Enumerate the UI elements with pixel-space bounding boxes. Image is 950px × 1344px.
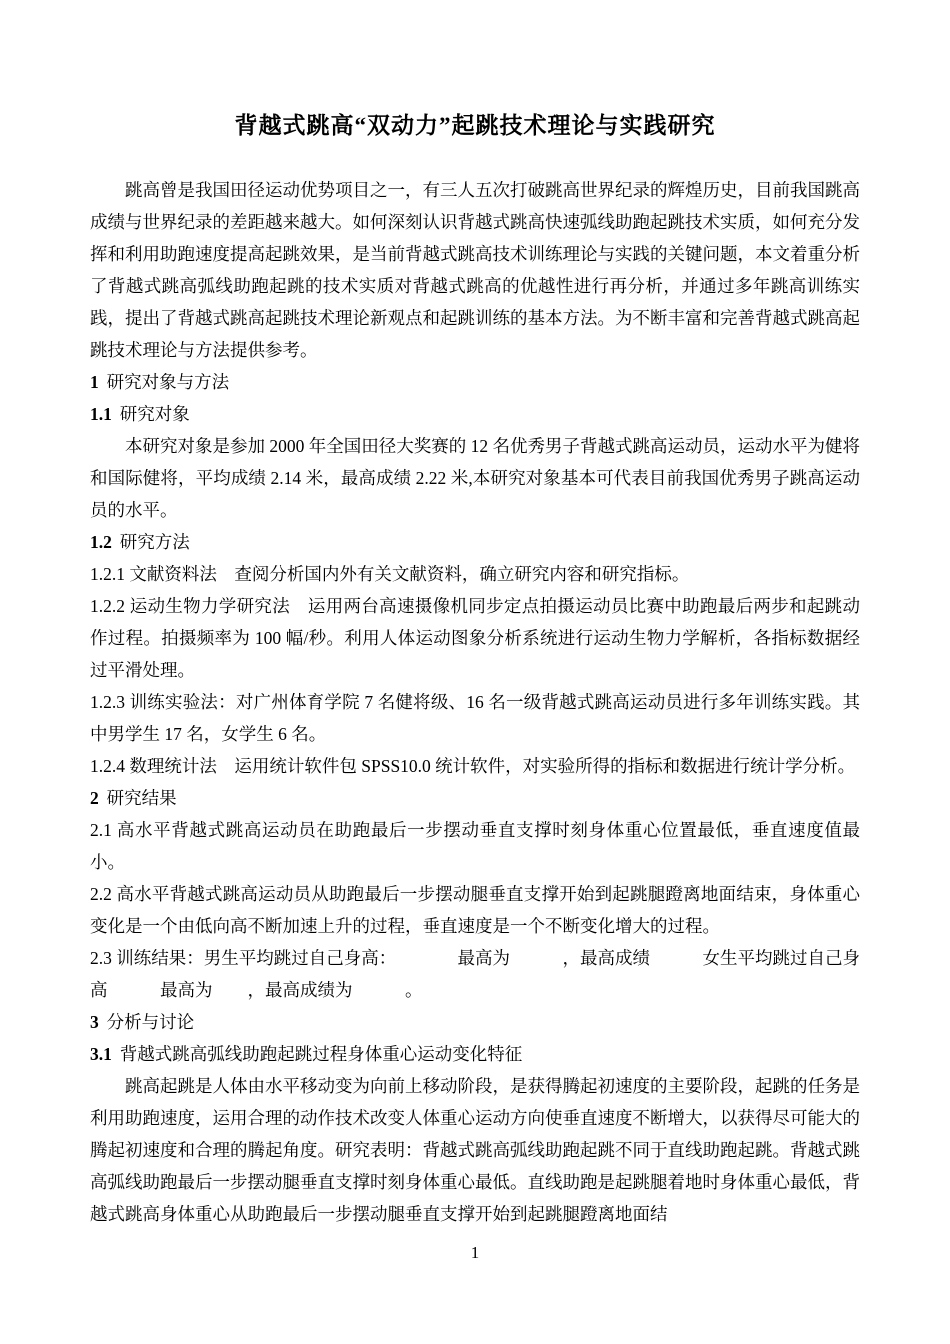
result-2-2-paragraph: 2.2 高水平背越式跳高运动员从助跑最后一步摆动腿垂直支撑开始到起跳腿蹬离地面结… <box>90 878 860 942</box>
intro-paragraph: 跳高曾是我国田径运动优势项目之一，有三人五次打破跳高世界纪录的辉煌历史，目前我国… <box>90 174 860 366</box>
section-2-title: 研究结果 <box>107 788 177 808</box>
section-2-heading: 2研究结果 <box>90 782 860 814</box>
method-1-2-1-paragraph: 1.2.1 文献资料法 查阅分析国内外有关文献资料，确立研究内容和研究指标。 <box>90 558 860 590</box>
document-page: 背越式跳高“双动力”起跳技术理论与实践研究 跳高曾是我国田径运动优势项目之一，有… <box>0 0 950 1344</box>
section-1-2-title: 研究方法 <box>120 532 190 552</box>
analysis-paragraph: 跳高起跳是人体由水平移动变为向前上移动阶段，是获得腾起初速度的主要阶段，起跳的任… <box>90 1070 860 1230</box>
section-1-1-heading: 1.1研究对象 <box>90 398 860 430</box>
section-1-number: 1 <box>90 372 99 392</box>
method-1-2-4-paragraph: 1.2.4 数理统计法 运用统计软件包 SPSS10.0 统计软件，对实验所得的… <box>90 750 860 782</box>
section-3-1-title: 背越式跳高弧线助跑起跳过程身体重心运动变化特征 <box>120 1044 523 1064</box>
section-1-heading: 1研究对象与方法 <box>90 366 860 398</box>
result-2-1-paragraph: 2.1 高水平背越式跳高运动员在助跑最后一步摆动垂直支撑时刻身体重心位置最低，垂… <box>90 814 860 878</box>
section-3-title: 分析与讨论 <box>107 1012 195 1032</box>
section-3-1-heading: 3.1背越式跳高弧线助跑起跳过程身体重心运动变化特征 <box>90 1038 860 1070</box>
section-2-number: 2 <box>90 788 99 808</box>
section-1-1-number: 1.1 <box>90 404 112 424</box>
section-3-heading: 3分析与讨论 <box>90 1006 860 1038</box>
method-1-2-3-paragraph: 1.2.3 训练实验法：对广州体育学院 7 名健将级、16 名一级背越式跳高运动… <box>90 686 860 750</box>
research-subjects-paragraph: 本研究对象是参加 2000 年全国田径大奖赛的 12 名优秀男子背越式跳高运动员… <box>90 430 860 526</box>
section-3-1-number: 3.1 <box>90 1044 112 1064</box>
section-1-title: 研究对象与方法 <box>107 372 230 392</box>
result-2-3-paragraph: 2.3 训练结果：男生平均跳过自己身高： 最高为 ，最高成绩 女生平均跳过自己身… <box>90 942 860 1006</box>
section-3-number: 3 <box>90 1012 99 1032</box>
page-number: 1 <box>0 1243 950 1263</box>
method-1-2-2-paragraph: 1.2.2 运动生物力学研究法 运用两台高速摄像机同步定点拍摄运动员比赛中助跑最… <box>90 590 860 686</box>
section-1-2-number: 1.2 <box>90 532 112 552</box>
section-1-2-heading: 1.2研究方法 <box>90 526 860 558</box>
section-1-1-title: 研究对象 <box>120 404 190 424</box>
document-title: 背越式跳高“双动力”起跳技术理论与实践研究 <box>90 106 860 146</box>
